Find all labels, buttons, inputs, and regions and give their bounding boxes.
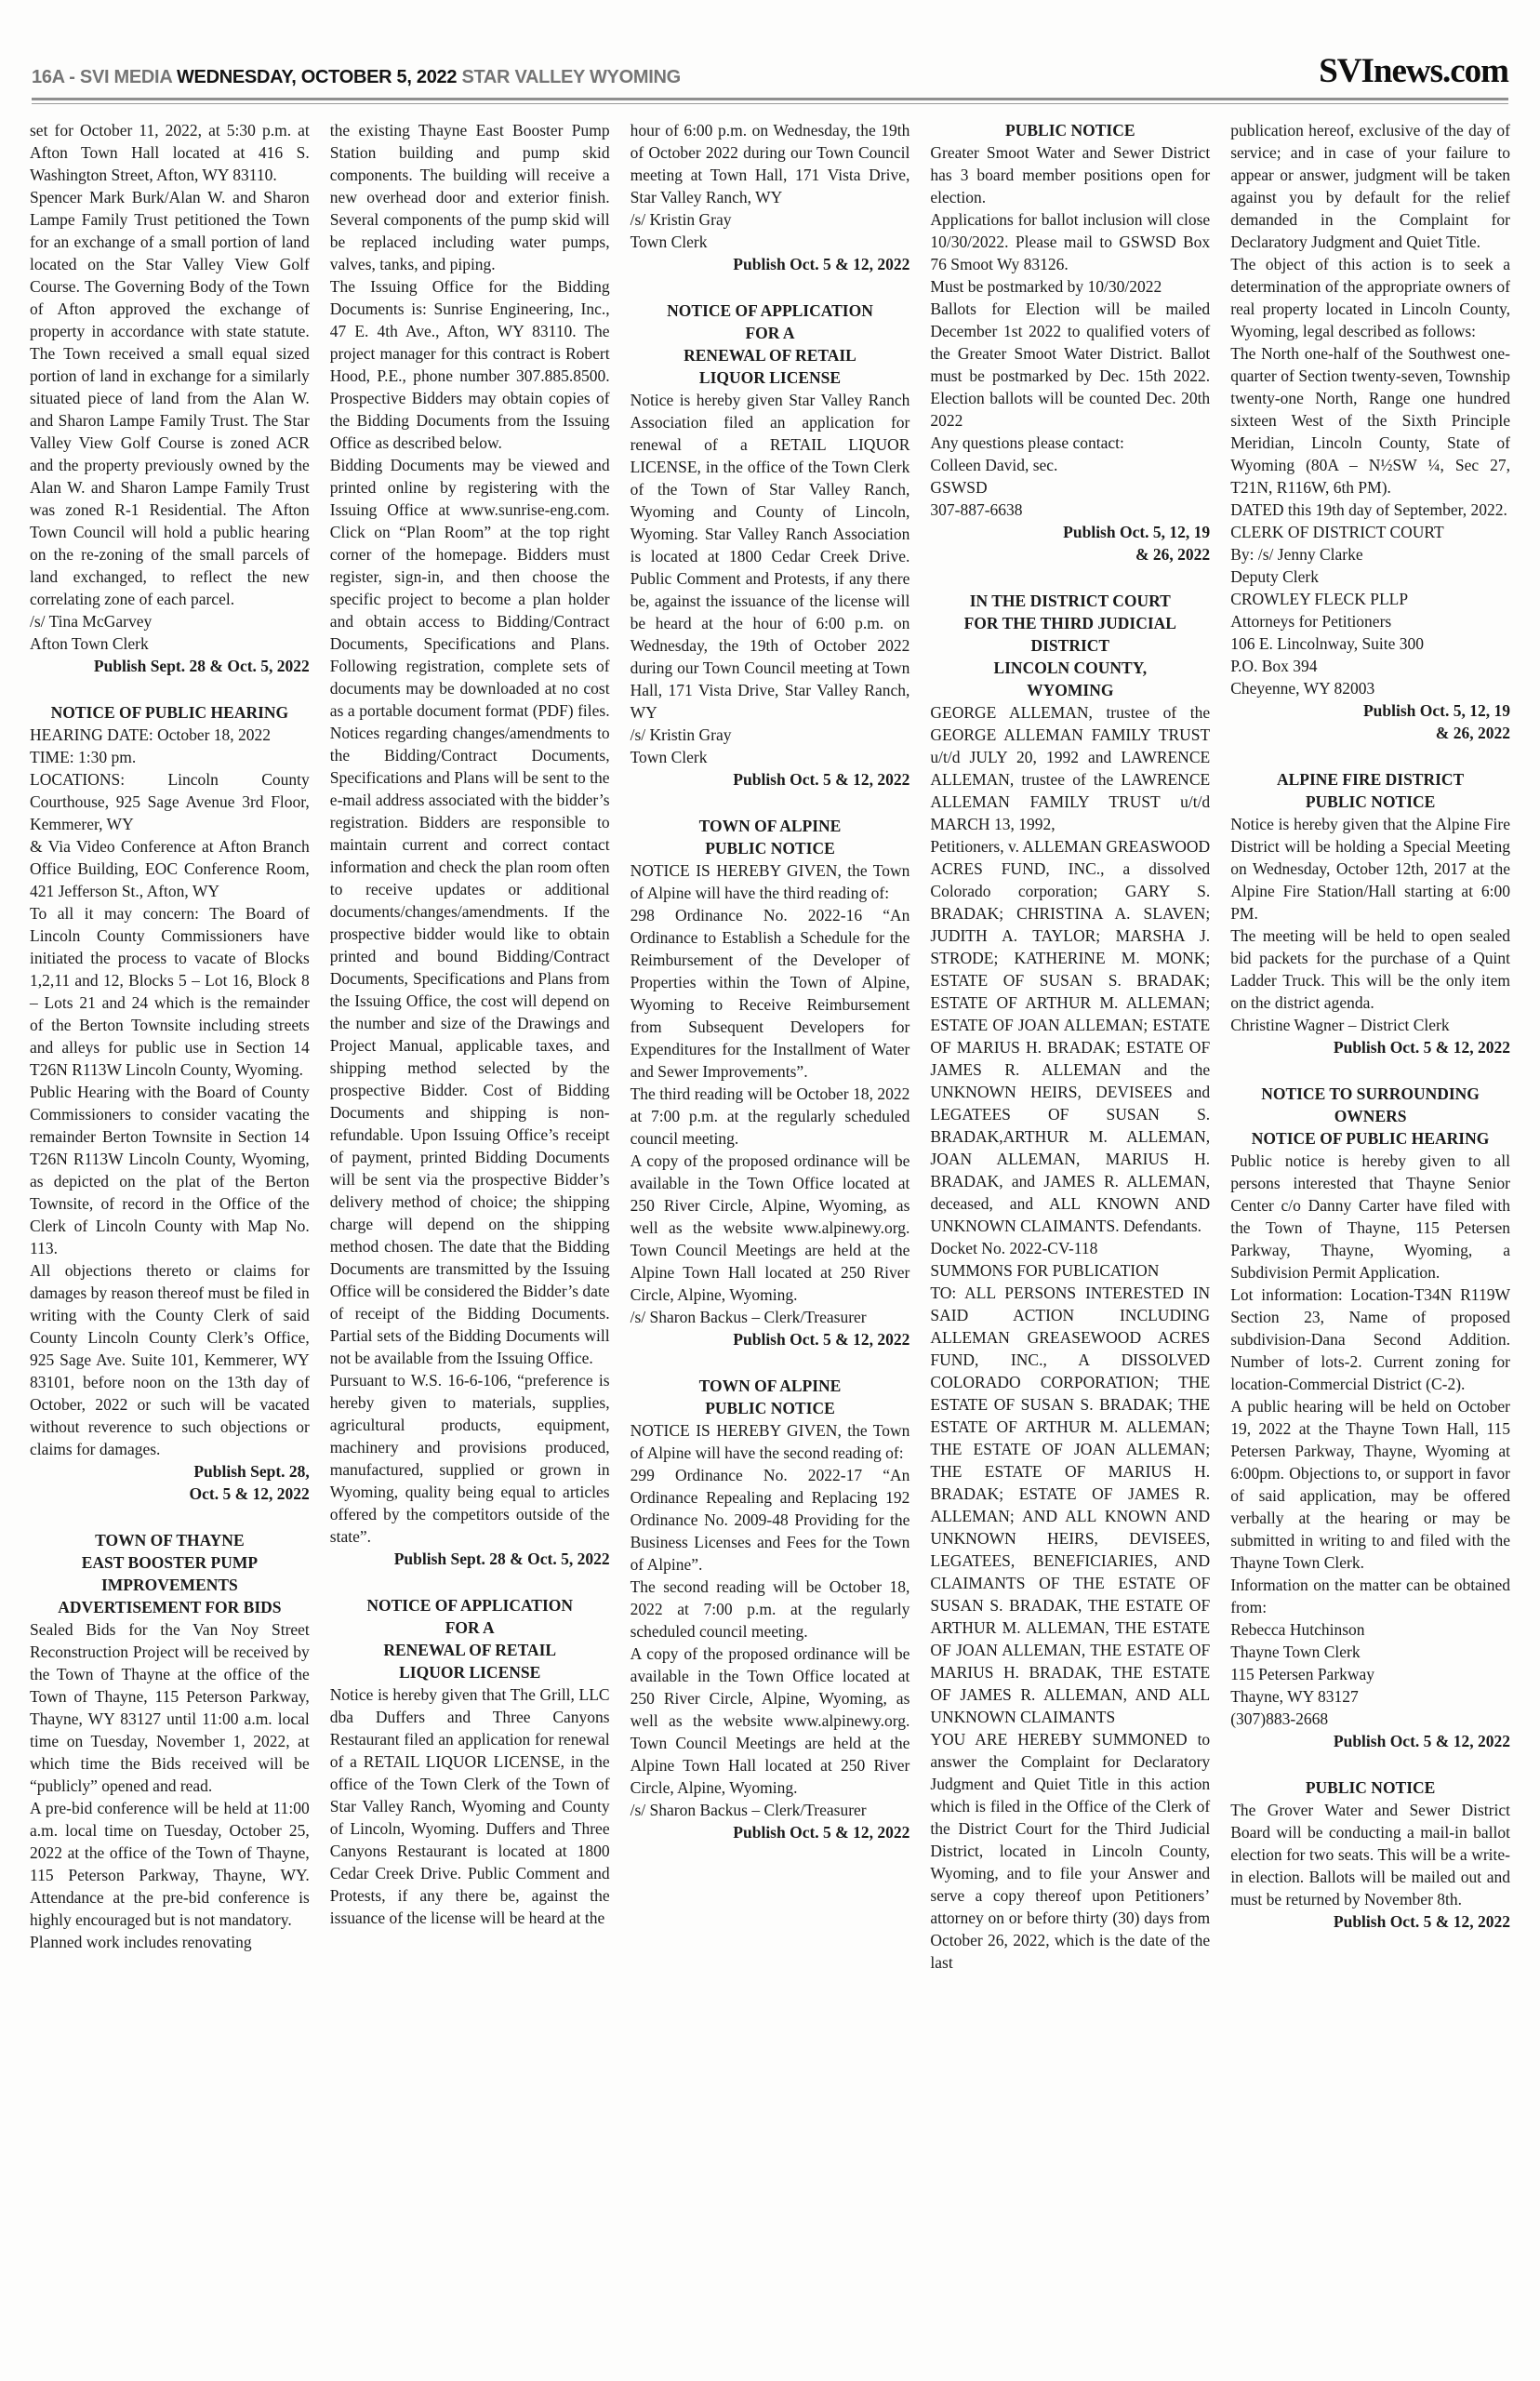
publish-line: Publish Oct. 5 & 12, 2022 [631,1328,910,1350]
notice-paragraph: The third reading will be October 18, 20… [631,1083,910,1150]
notice-heading: IN THE DISTRICT COURT FOR THE THIRD JUDI… [930,590,1210,701]
notice-paragraph: GSWSD [930,476,1210,499]
notice-paragraph: Attorneys for Petitioners [1230,610,1510,632]
notice-paragraph: Town Clerk [631,231,910,253]
notice-paragraph: /s/ Sharon Backus – Clerk/Treasurer [631,1799,910,1821]
notice-paragraph: Docket No. 2022-CV-118 [930,1237,1210,1259]
notice-heading: PUBLIC NOTICE [1230,1776,1510,1799]
notice-paragraph: The second reading will be October 18, 2… [631,1576,910,1643]
publish-line: Publish Oct. 5 & 12, 2022 [631,1821,910,1843]
notice-paragraph: NOTICE IS HEREBY GIVEN, the Town of Alpi… [631,1419,910,1464]
column-4: PUBLIC NOTICEGreater Smoot Water and Sew… [930,119,1210,1974]
notice-paragraph: P.O. Box 394 [1230,655,1510,677]
notice-paragraph: Deputy Clerk [1230,565,1510,588]
column-2: the existing Thayne East Booster Pump St… [330,119,610,1974]
notice-paragraph: Greater Smoot Water and Sewer District h… [930,141,1210,208]
notice-paragraph: Thayne Town Clerk [1230,1641,1510,1663]
notice-paragraph: /s/ Tina McGarvey [30,610,310,632]
notice-paragraph: Pursuant to W.S. 16-6-106, “preference i… [330,1369,610,1548]
notice-paragraph: Notice is hereby given that The Grill, L… [330,1683,610,1929]
notice-paragraph: CLERK OF DISTRICT COURT [1230,521,1510,543]
notice-paragraph: A copy of the proposed ordinance will be… [631,1150,910,1306]
notice-paragraph: hour of 6:00 p.m. on Wednesday, the 19th… [631,119,910,208]
notice-paragraph: The Issuing Office for the Bidding Docum… [330,275,610,454]
notice-paragraph: Petitioners, v. ALLEMAN GREASWOOD ACRES … [930,835,1210,1237]
notice-paragraph: DATED this 19th day of September, 2022. [1230,499,1510,521]
publish-line: Publish Oct. 5 & 12, 2022 [1230,1910,1510,1933]
column-1: set for October 11, 2022, at 5:30 p.m. a… [30,119,310,1974]
notice-paragraph: /s/ Sharon Backus – Clerk/Treasurer [631,1306,910,1328]
notice-paragraph: 115 Petersen Parkway [1230,1663,1510,1685]
notice-paragraph: All objections thereto or claims for dam… [30,1259,310,1460]
notice-paragraph: TIME: 1:30 pm. [30,746,310,768]
notice-heading: NOTICE TO SURROUNDING OWNERS [1230,1083,1510,1127]
notice-paragraph: Cheyenne, WY 82003 [1230,677,1510,699]
notice-paragraph: Information on the matter can be obtaine… [1230,1574,1510,1618]
notice-paragraph: The meeting will be held to open sealed … [1230,924,1510,1014]
publish-line: Publish Sept. 28, Oct. 5 & 12, 2022 [30,1460,310,1505]
notice-heading: TOWN OF ALPINE PUBLIC NOTICE [631,1375,910,1419]
publish-line: Publish Oct. 5 & 12, 2022 [1230,1036,1510,1058]
newspaper-page: 16A - SVI MEDIA WEDNESDAY, OCTOBER 5, 20… [0,0,1540,2381]
publish-line: Publish Oct. 5, 12, 19 & 26, 2022 [1230,699,1510,744]
notice-paragraph: CROWLEY FLECK PLLP [1230,588,1510,610]
page-region: STAR VALLEY WYOMING [461,67,680,87]
publish-line: Publish Oct. 5 & 12, 2022 [631,768,910,791]
publish-line: Publish Oct. 5 & 12, 2022 [631,253,910,275]
notice-paragraph: A copy of the proposed ordinance will be… [631,1643,910,1799]
page-edition-label: 16A - SVI MEDIA [32,67,177,87]
notice-paragraph: TO: ALL PERSONS INTERESTED IN SAID ACTIO… [930,1282,1210,1728]
notice-paragraph: /s/ Kristin Gray [631,208,910,231]
notice-heading: NOTICE OF APPLICATION FOR A RENEWAL OF R… [330,1594,610,1683]
publish-line: Publish Sept. 28 & Oct. 5, 2022 [330,1548,610,1570]
masthead-left: 16A - SVI MEDIA WEDNESDAY, OCTOBER 5, 20… [32,67,681,88]
publish-line: Publish Oct. 5 & 12, 2022 [1230,1730,1510,1752]
notice-paragraph: Bidding Documents may be viewed and prin… [330,454,610,1369]
notice-paragraph: publication hereof, exclusive of the day… [1230,119,1510,253]
page-date: WEDNESDAY, OCTOBER 5, 2022 [177,67,461,87]
notice-paragraph: Rebecca Hutchinson [1230,1618,1510,1641]
masthead: 16A - SVI MEDIA WEDNESDAY, OCTOBER 5, 20… [0,0,1540,94]
notice-paragraph: Town Clerk [631,746,910,768]
notice-paragraph: Notice is hereby given that the Alpine F… [1230,813,1510,924]
notice-paragraph: 298 Ordinance No. 2022-16 “An Ordinance … [631,904,910,1083]
notice-paragraph: Spencer Mark Burk/Alan W. and Sharon Lam… [30,186,310,610]
notice-paragraph: A public hearing will be held on October… [1230,1395,1510,1574]
notice-paragraph: Must be postmarked by 10/30/2022 [930,275,1210,298]
notice-paragraph: LOCATIONS: Lincoln County Courthouse, 92… [30,768,310,835]
notice-paragraph: By: /s/ Jenny Clarke [1230,543,1510,565]
notice-paragraph: 106 E. Lincolnway, Suite 300 [1230,632,1510,655]
notice-heading: NOTICE OF PUBLIC HEARING [1230,1127,1510,1150]
notice-paragraph: Notice is hereby given Star Valley Ranch… [631,389,910,724]
notice-paragraph: & Via Video Conference at Afton Branch O… [30,835,310,902]
notice-paragraph: Public Hearing with the Board of County … [30,1081,310,1259]
notice-paragraph: HEARING DATE: October 18, 2022 [30,724,310,746]
columns: set for October 11, 2022, at 5:30 p.m. a… [0,104,1540,1974]
publish-line: Publish Sept. 28 & Oct. 5, 2022 [30,655,310,677]
notice-paragraph: the existing Thayne East Booster Pump St… [330,119,610,275]
notice-paragraph: /s/ Kristin Gray [631,724,910,746]
notice-paragraph: Colleen David, sec. [930,454,1210,476]
notice-paragraph: 307-887-6638 [930,499,1210,521]
notice-paragraph: Thayne, WY 83127 [1230,1685,1510,1708]
notice-paragraph: Planned work includes renovating [30,1931,310,1953]
notice-paragraph: set for October 11, 2022, at 5:30 p.m. a… [30,119,310,186]
notice-heading: NOTICE OF PUBLIC HEARING [30,701,310,724]
notice-paragraph: Public notice is hereby given to all per… [1230,1150,1510,1284]
masthead-rule [32,98,1508,104]
notice-paragraph: GEORGE ALLEMAN, trustee of the GEORGE AL… [930,701,1210,835]
notice-paragraph: SUMMONS FOR PUBLICATION [930,1259,1210,1282]
column-3: hour of 6:00 p.m. on Wednesday, the 19th… [631,119,910,1974]
site-brand: SVInews.com [1319,54,1508,88]
notice-paragraph: The object of this action is to seek a d… [1230,253,1510,342]
notice-heading: TOWN OF ALPINE PUBLIC NOTICE [631,815,910,859]
notice-paragraph: Sealed Bids for the Van Noy Street Recon… [30,1618,310,1797]
rule-thick [32,98,1508,100]
notice-heading: PUBLIC NOTICE [930,119,1210,141]
notice-paragraph: The North one-half of the Southwest one-… [1230,342,1510,499]
notice-paragraph: The Grover Water and Sewer District Boar… [1230,1799,1510,1910]
notice-heading: ALPINE FIRE DISTRICT PUBLIC NOTICE [1230,768,1510,813]
notice-paragraph: A pre-bid conference will be held at 11:… [30,1797,310,1931]
notice-paragraph: Afton Town Clerk [30,632,310,655]
notice-paragraph: Lot information: Location-T34N R119W Sec… [1230,1284,1510,1395]
column-5: publication hereof, exclusive of the day… [1230,119,1510,1974]
publish-line: Publish Oct. 5, 12, 19 & 26, 2022 [930,521,1210,565]
notice-paragraph: To all it may concern: The Board of Linc… [30,902,310,1081]
notice-heading: TOWN OF THAYNE EAST BOOSTER PUMP IMPROVE… [30,1529,310,1618]
notice-heading: NOTICE OF APPLICATION FOR A RENEWAL OF R… [631,299,910,389]
notice-paragraph: (307)883-2668 [1230,1708,1510,1730]
notice-paragraph: Any questions please contact: [930,432,1210,454]
notice-paragraph: Applications for ballot inclusion will c… [930,208,1210,275]
notice-paragraph: YOU ARE HEREBY SUMMONED to answer the Co… [930,1728,1210,1974]
notice-paragraph: 299 Ordinance No. 2022-17 “An Ordinance … [631,1464,910,1576]
notice-paragraph: Ballots for Election will be mailed Dece… [930,298,1210,432]
notice-paragraph: NOTICE IS HEREBY GIVEN, the Town of Alpi… [631,859,910,904]
notice-paragraph: Christine Wagner – District Clerk [1230,1014,1510,1036]
